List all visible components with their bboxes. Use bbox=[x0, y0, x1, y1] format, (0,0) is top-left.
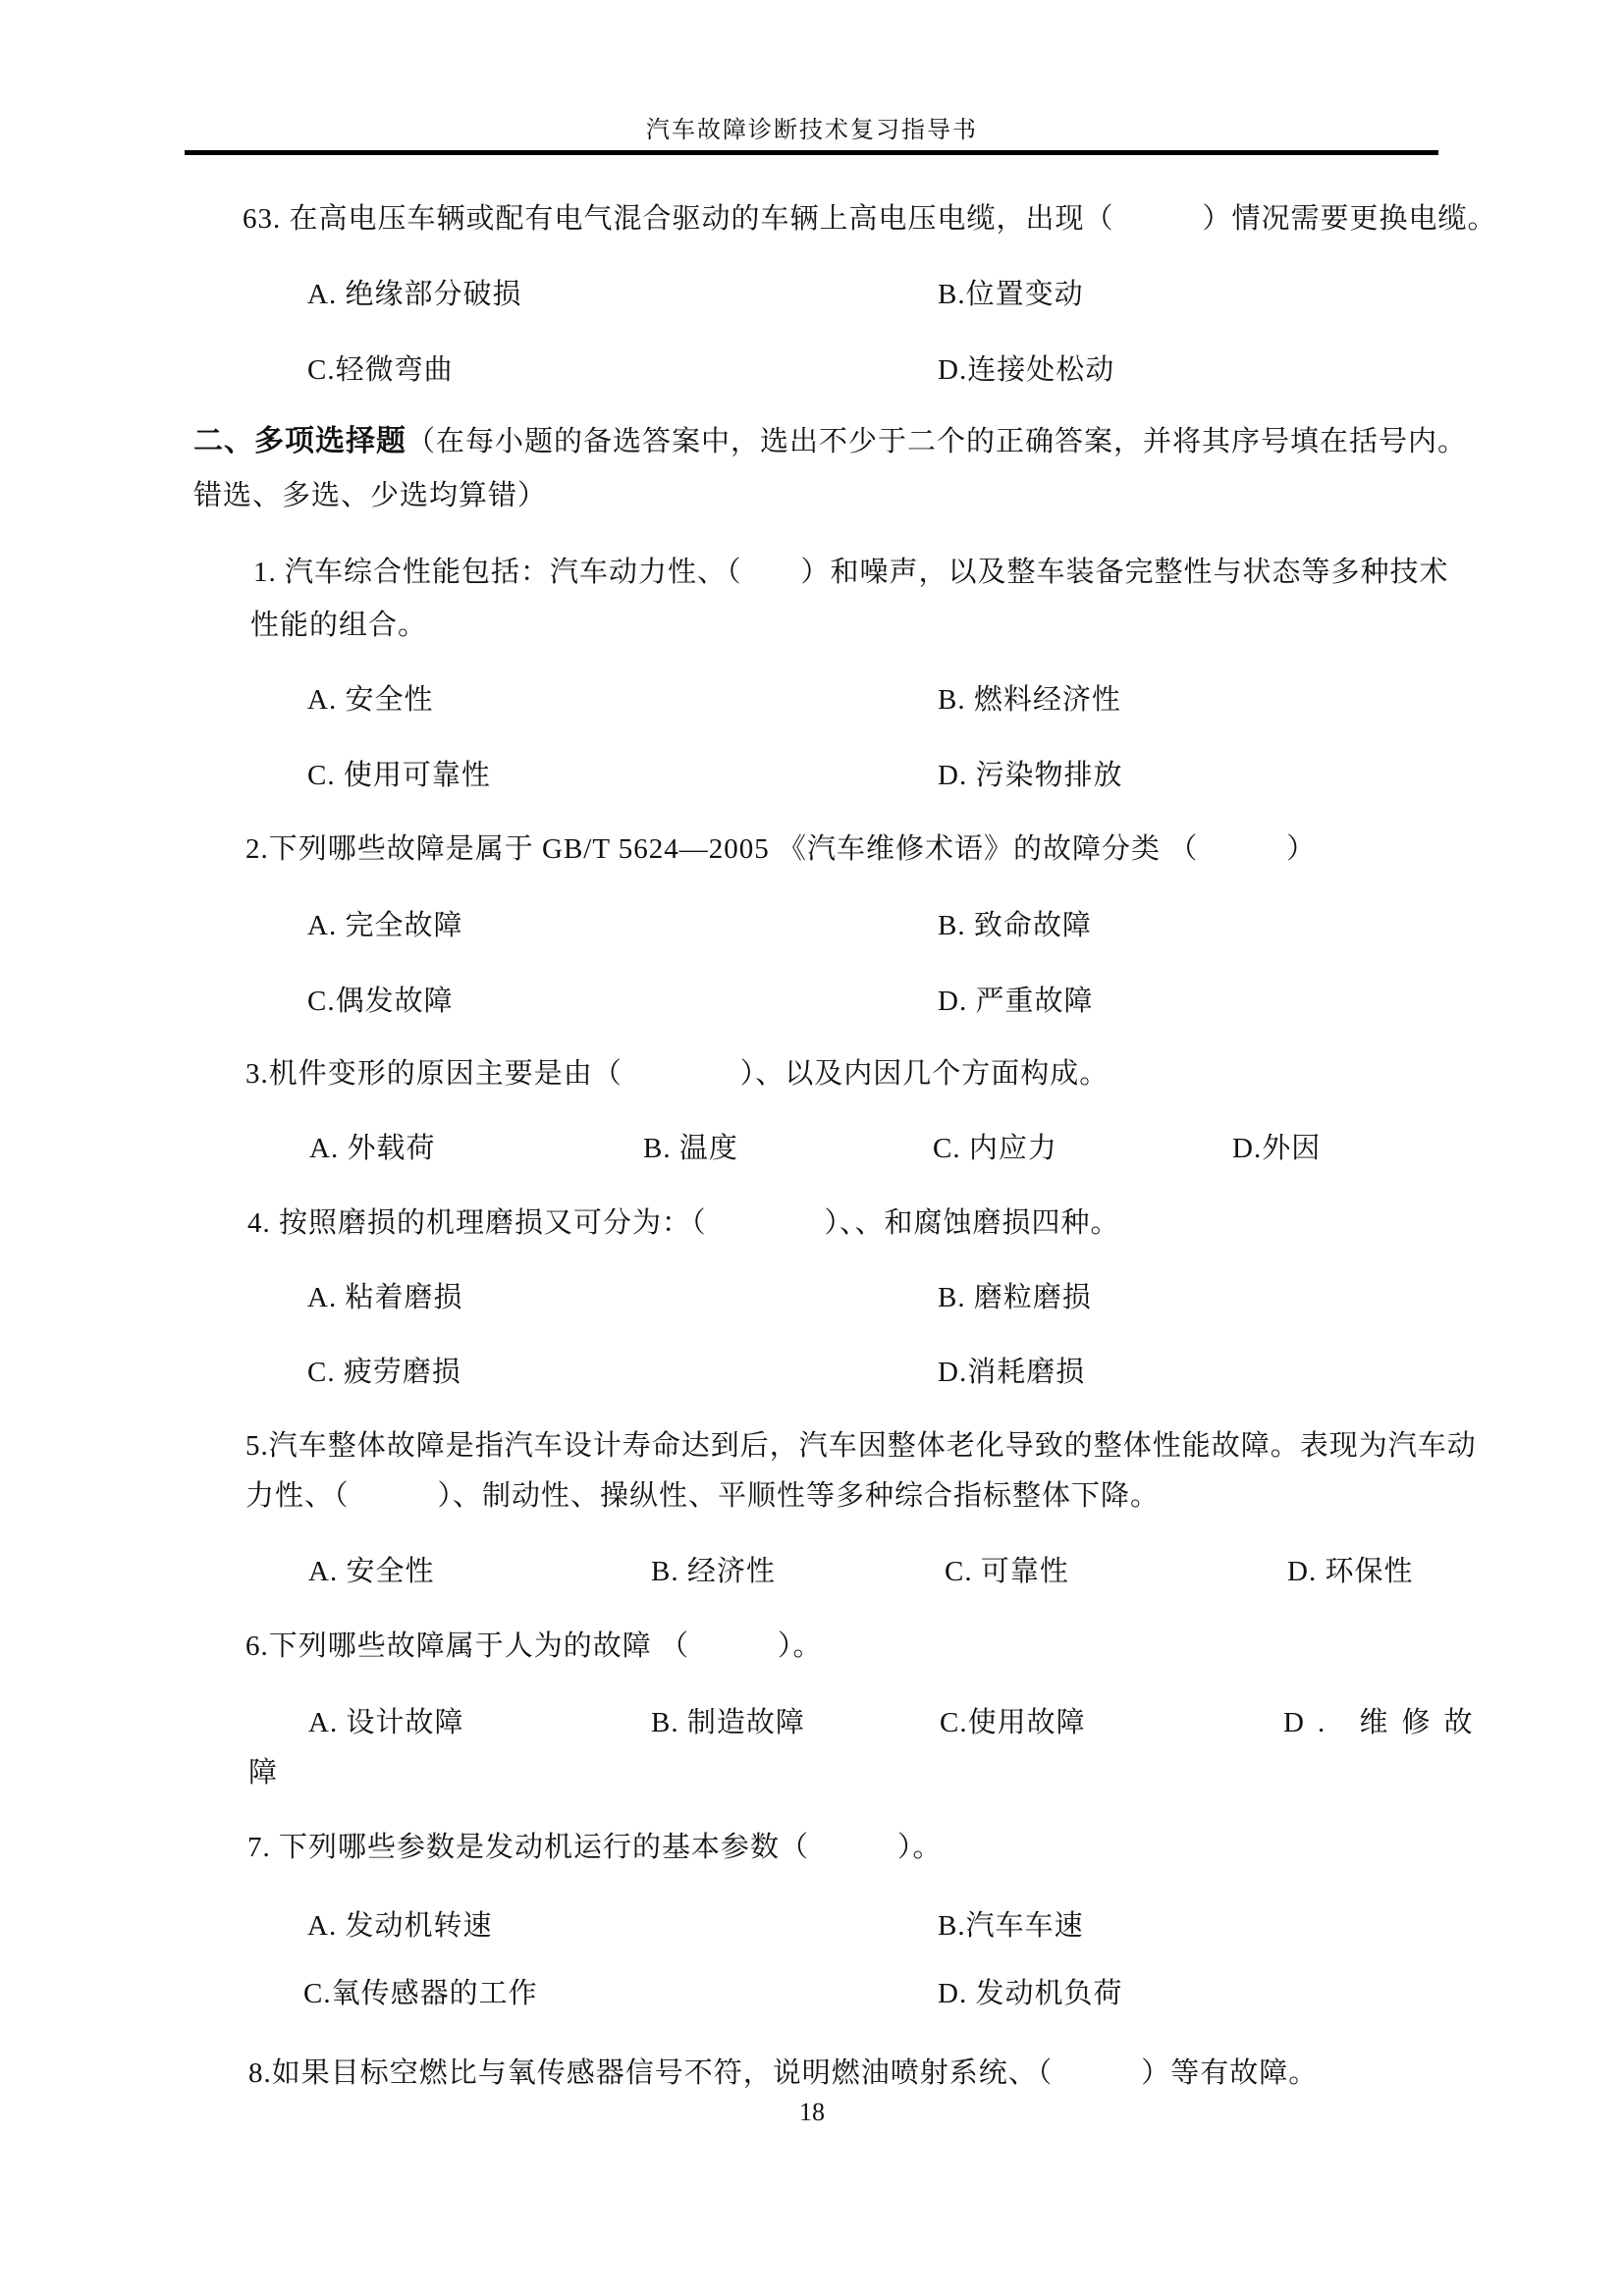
question-1-line1: 1. 汽车综合性能包括：汽车动力性、（ ）和噪声，以及整车装备完整性与状态等多种… bbox=[253, 553, 1449, 592]
q6-option-b: B. 制造故障 bbox=[651, 1703, 805, 1742]
q1-option-c: C. 使用可靠性 bbox=[307, 756, 491, 795]
question-7-text: 7. 下列哪些参数是发动机运行的基本参数（ ）。 bbox=[247, 1828, 943, 1867]
q7-option-d: D. 发动机负荷 bbox=[938, 1974, 1122, 2013]
section-2-intro: （在每小题的备选答案中，选出不少于二个的正确答案，并将其序号填在括号内。 bbox=[406, 426, 1467, 457]
q3-option-a: A. 外载荷 bbox=[309, 1129, 435, 1168]
q63-option-a: A. 绝缘部分破损 bbox=[307, 275, 521, 314]
question-4-text: 4. 按照磨损的机理磨损又可分为：（ ）、、和腐蚀磨损四种。 bbox=[247, 1203, 1120, 1243]
q1-option-d: D. 污染物排放 bbox=[938, 756, 1122, 795]
section-2-intro-line2: 错选、多选、少选均算错） bbox=[193, 476, 547, 515]
q5-option-a: A. 安全性 bbox=[308, 1552, 434, 1591]
q6-option-a: A. 设计故障 bbox=[308, 1703, 463, 1742]
header-rule bbox=[185, 150, 1438, 155]
q63-option-c: C.轻微弯曲 bbox=[307, 350, 454, 390]
q4-option-a: A. 粘着磨损 bbox=[307, 1278, 462, 1317]
question-8-text: 8.如果目标空燃比与氧传感器信号不符，说明燃油喷射系统、（ ）等有故障。 bbox=[248, 2054, 1318, 2093]
q63-option-d: D.连接处松动 bbox=[938, 350, 1114, 390]
document-page: 汽车故障诊断技术复习指导书 63. 在高电压车辆或配有电气混合驱动的车辆上高电压… bbox=[0, 0, 1624, 2296]
question-1-line2: 性能的组合。 bbox=[250, 606, 427, 645]
q63-option-b: B.位置变动 bbox=[938, 275, 1084, 314]
question-5-line2: 力性、（ ）、制动性、操纵性、平顺性等多种综合指标整体下降。 bbox=[245, 1476, 1160, 1516]
q7-option-a: A. 发动机转速 bbox=[307, 1906, 492, 1946]
q6-option-d-wrap: 障 bbox=[248, 1753, 278, 1792]
section-2-label: 二、多项选择题 bbox=[193, 425, 406, 457]
q3-option-b: B. 温度 bbox=[643, 1129, 738, 1168]
q2-option-d: D. 严重故障 bbox=[938, 982, 1093, 1021]
q4-option-b: B. 磨粒磨损 bbox=[938, 1278, 1092, 1317]
question-2-text: 2.下列哪些故障是属于 GB/T 5624—2005 《汽车维修术语》的故障分类… bbox=[245, 829, 1316, 869]
question-3-text: 3.机件变形的原因主要是由（ ）、以及内因几个方面构成。 bbox=[245, 1054, 1109, 1094]
q6-option-d: D. 维修故 bbox=[1283, 1703, 1486, 1742]
q2-option-b: B. 致命故障 bbox=[938, 906, 1092, 945]
q5-option-c: C. 可靠性 bbox=[945, 1552, 1069, 1591]
question-6-text: 6.下列哪些故障属于人为的故障 （ ）。 bbox=[245, 1627, 823, 1666]
q1-option-a: A. 安全性 bbox=[307, 680, 433, 720]
q3-option-d: D.外因 bbox=[1232, 1129, 1321, 1168]
q3-option-c: C. 内应力 bbox=[933, 1129, 1057, 1168]
q5-option-b: B. 经济性 bbox=[651, 1552, 776, 1591]
q6-option-c: C.使用故障 bbox=[940, 1703, 1086, 1742]
q7-option-c: C.氧传感器的工作 bbox=[303, 1974, 538, 2013]
question-5-line1: 5.汽车整体故障是指汽车设计寿命达到后，汽车因整体老化导致的整体性能故障。表现为… bbox=[245, 1426, 1477, 1466]
q7-option-b: B.汽车车速 bbox=[938, 1906, 1084, 1946]
q4-option-d: D.消耗磨损 bbox=[938, 1353, 1085, 1392]
section-2-heading: 二、多项选择题（在每小题的备选答案中，选出不少于二个的正确答案，并将其序号填在括… bbox=[193, 422, 1467, 461]
q4-option-c: C. 疲劳磨损 bbox=[307, 1353, 461, 1392]
q2-option-a: A. 完全故障 bbox=[307, 906, 462, 945]
q5-option-d: D. 环保性 bbox=[1287, 1552, 1413, 1591]
page-number: 18 bbox=[0, 2093, 1624, 2132]
q2-option-c: C.偶发故障 bbox=[307, 982, 454, 1021]
page-header-title: 汽车故障诊断技术复习指导书 bbox=[0, 111, 1624, 150]
question-63-text: 63. 在高电压车辆或配有电气混合驱动的车辆上高电压电缆，出现（ ）情况需要更换… bbox=[243, 199, 1497, 239]
q1-option-b: B. 燃料经济性 bbox=[938, 680, 1121, 720]
